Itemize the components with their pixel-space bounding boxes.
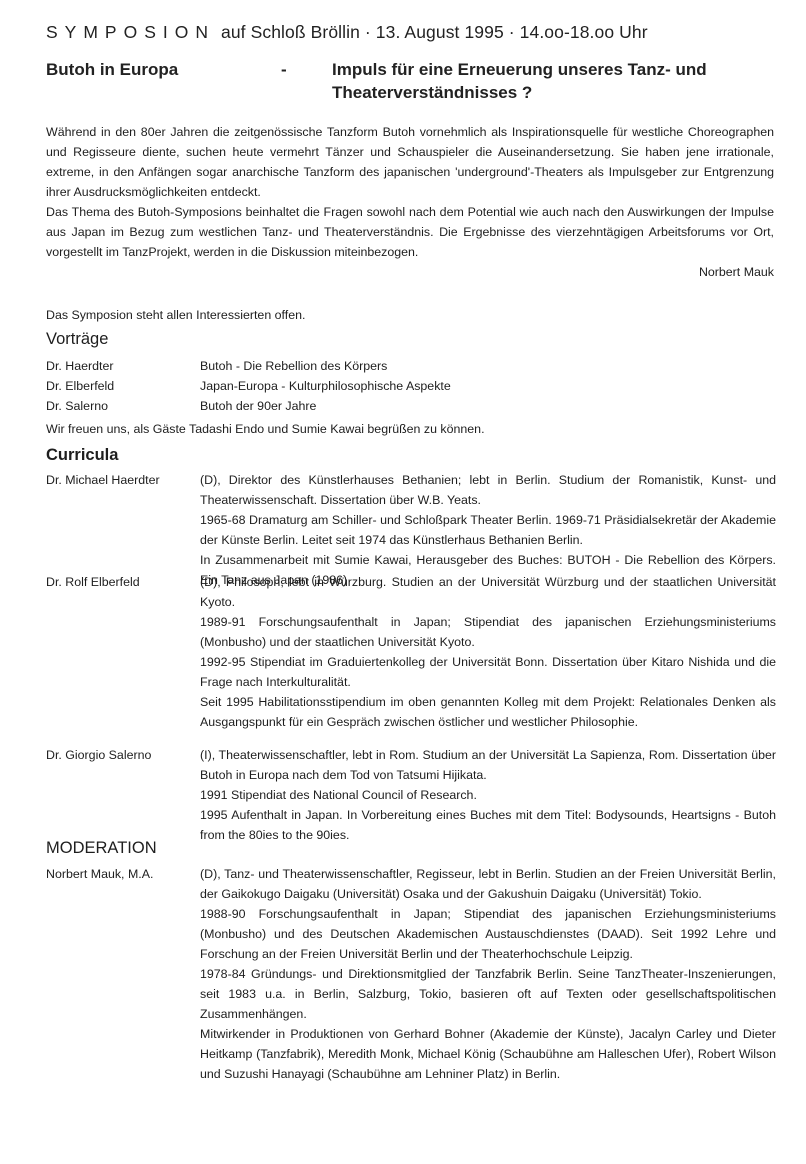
- talk-item: Dr. Elberfeld Japan-Europa - Kulturphilo…: [46, 376, 451, 396]
- cv-paragraph: 1995 Aufenthalt in Japan. In Vorbereitun…: [200, 805, 776, 845]
- talk-item: Dr. Haerdter Butoh - Die Rebellion des K…: [46, 356, 451, 376]
- section-heading-curricula: Curricula: [46, 446, 118, 465]
- cv-name: Dr. Giorgio Salerno: [46, 745, 200, 845]
- headline-title: Butoh in Europa: [46, 58, 178, 81]
- talk-topic: Butoh der 90er Jahre: [200, 396, 316, 416]
- cv-paragraph: (D), Philosoph, lebt in Würzburg. Studie…: [200, 572, 776, 612]
- cv-paragraph: Seit 1995 Habilitationsstipendium im obe…: [200, 692, 776, 732]
- talks-list: Dr. Haerdter Butoh - Die Rebellion des K…: [46, 356, 451, 416]
- cv-paragraph: 1965-68 Dramaturg am Schiller- und Schlo…: [200, 510, 776, 550]
- cv-entry-elberfeld: Dr. Rolf Elberfeld (D), Philosoph, lebt …: [46, 572, 776, 732]
- cv-name: Dr. Rolf Elberfeld: [46, 572, 200, 732]
- talk-item: Dr. Salerno Butoh der 90er Jahre: [46, 396, 451, 416]
- cv-paragraph: 1992-95 Stipendiat im Graduiertenkolleg …: [200, 652, 776, 692]
- headline-separator: -: [281, 58, 287, 81]
- talk-topic: Japan-Europa - Kulturphilosophische Aspe…: [200, 376, 451, 396]
- talk-speaker: Dr. Salerno: [46, 396, 200, 416]
- symposion-label: SYMPOSION: [46, 22, 215, 42]
- talk-speaker: Dr. Haerdter: [46, 356, 200, 376]
- section-heading-moderation: MODERATION: [46, 839, 157, 858]
- cv-name: Norbert Mauk, M.A.: [46, 864, 200, 1084]
- guests-note: Wir freuen uns, als Gäste Tadashi Endo u…: [46, 422, 485, 436]
- cv-paragraph: 1989-91 Forschungsaufenthalt in Japan; S…: [200, 612, 776, 652]
- cv-paragraph: 1988-90 Forschungsaufenthalt in Japan; S…: [200, 904, 776, 964]
- intro-paragraph: Während in den 80er Jahren die zeitgenös…: [46, 122, 774, 202]
- cv-body: (D), Tanz- und Theaterwissenschaftler, R…: [200, 864, 776, 1084]
- section-heading-vortraege: Vorträge: [46, 330, 108, 349]
- cv-paragraph: 1978-84 Gründungs- und Direktionsmitglie…: [200, 964, 776, 1024]
- intro-paragraph: Das Thema des Butoh-Symposions beinhalte…: [46, 202, 774, 262]
- signature: Norbert Mauk: [46, 262, 774, 282]
- cv-paragraph: (D), Direktor des Künstlerhauses Bethani…: [200, 470, 776, 510]
- cv-paragraph: Mitwirkender in Produktionen von Gerhard…: [200, 1024, 776, 1084]
- cv-paragraph: (D), Tanz- und Theaterwissenschaftler, R…: [200, 864, 776, 904]
- cv-paragraph: (I), Theaterwissenschaftler, lebt in Rom…: [200, 745, 776, 785]
- headline-subtitle: Impuls für eine Erneuerung unseres Tanz-…: [332, 58, 782, 104]
- event-header: SYMPOSIONauf Schloß Bröllin · 13. August…: [46, 22, 648, 43]
- intro-text: Während in den 80er Jahren die zeitgenös…: [46, 122, 774, 282]
- cv-paragraph: 1991 Stipendiat des National Council of …: [200, 785, 776, 805]
- cv-body: (I), Theaterwissenschaftler, lebt in Rom…: [200, 745, 776, 845]
- talk-speaker: Dr. Elberfeld: [46, 376, 200, 396]
- talk-topic: Butoh - Die Rebellion des Körpers: [200, 356, 387, 376]
- cv-entry-salerno: Dr. Giorgio Salerno (I), Theaterwissensc…: [46, 745, 776, 845]
- cv-body: (D), Philosoph, lebt in Würzburg. Studie…: [200, 572, 776, 732]
- open-note: Das Symposion steht allen Interessierten…: [46, 308, 305, 322]
- cv-entry-mauk: Norbert Mauk, M.A. (D), Tanz- und Theate…: [46, 864, 776, 1084]
- event-details: auf Schloß Bröllin · 13. August 1995 · 1…: [221, 22, 648, 42]
